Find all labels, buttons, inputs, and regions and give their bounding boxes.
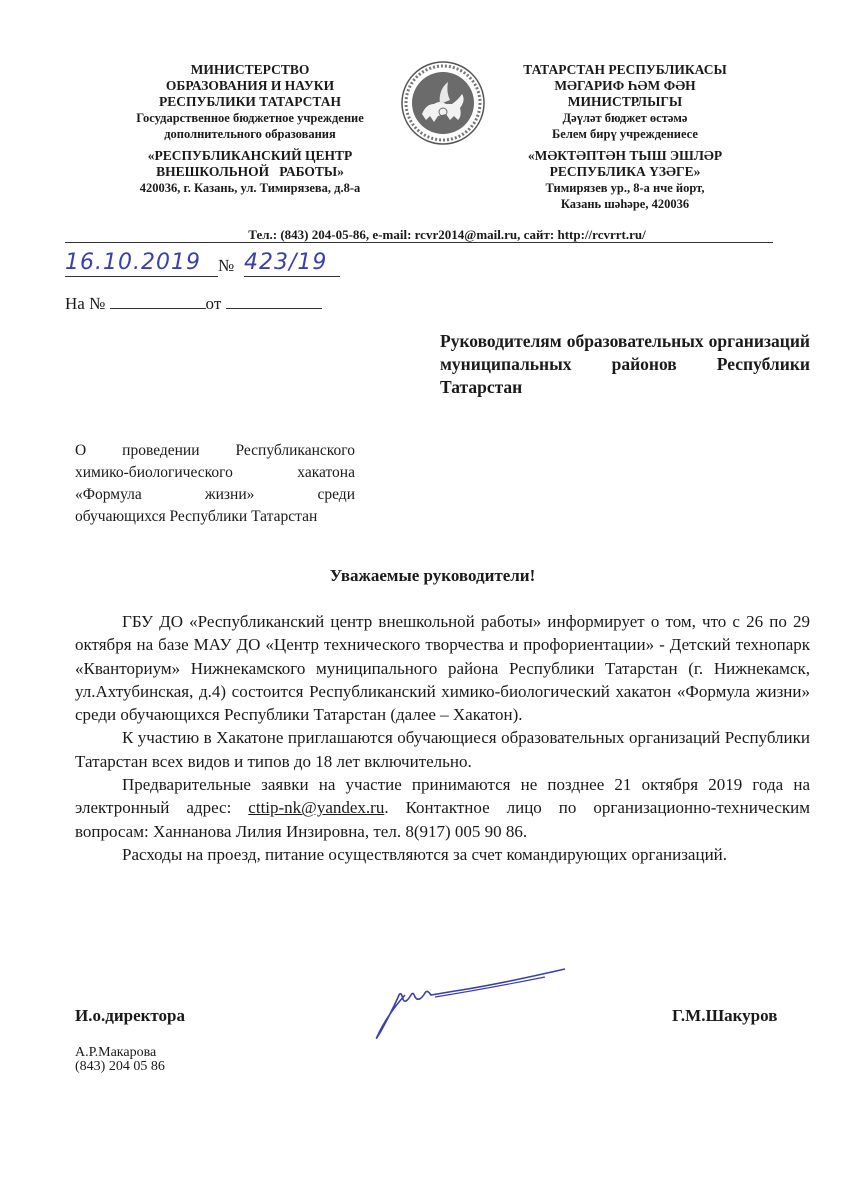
letter-body: ГБУ ДО «Республиканский центр внешкольно… [75,610,810,866]
contact-line: Тел.: (843) 204-05-86, e-mail: rcvr2014@… [65,228,773,243]
ministry-name: МИНИСТЕРСТВО ОБРАЗОВАНИЯ И НАУКИ РЕСПУБЛ… [100,62,400,110]
greeting: Уважаемые руководители! [0,566,865,586]
institution-type: Государственное бюджетное учреждение доп… [100,110,400,142]
registration-number: 423/19 [244,250,327,275]
executor-phone: (843) 204 05 86 [75,1060,165,1074]
contact-email-link[interactable]: cttip-nk@yandex.ru [248,798,384,817]
tatarstan-coat-of-arms-icon [400,60,486,146]
paragraph-applications: Предварительные заявки на участие приним… [75,773,810,843]
institution-name: «РЕСПУБЛИКАНСКИЙ ЦЕНТР ВНЕШКОЛЬНОЙ РАБОТ… [100,148,400,180]
handwritten-signature-icon [365,965,575,1040]
reference-number-blank [110,294,206,309]
paragraph-expenses: Расходы на проезд, питание осуществляютс… [75,843,810,866]
executor-info: А.Р.Макарова (843) 204 05 86 [75,1046,165,1074]
letterhead-right-tatar: ТАТАРСТАН РЕСПУБЛИКАСЫ МӘГАРИФ ҺӘМ ФӘН М… [485,62,765,212]
letter-subject: О проведении Республиканского химико-био… [75,440,355,528]
paragraph-participants: К участию в Хакатоне приглашаются обучаю… [75,726,810,773]
addressee: Руководителям образовательных организаци… [440,330,810,399]
institution-address-tatar: Тимирязев ур., 8-а нче йорт, Казань шәһә… [485,180,765,212]
letterhead-left-russian: МИНИСТЕРСТВО ОБРАЗОВАНИЯ И НАУКИ РЕСПУБЛ… [100,62,400,196]
registration-number-field: 423/19 [244,250,340,277]
signer-title: И.о.директора [75,1006,185,1026]
reference-line: На № от [65,294,322,314]
reference-date-blank [226,294,322,309]
signer-name: Г.М.Шакуров [672,1006,777,1026]
registration-date: 16.10.2019 [65,250,201,275]
number-sign: № [218,256,234,276]
institution-name-tatar: «МӘКТӘПТӘН ТЫШ ЭШЛӘР РЕСПУБЛИКА ҮЗӘГЕ» [485,148,765,180]
ministry-name-tatar: ТАТАРСТАН РЕСПУБЛИКАСЫ МӘГАРИФ ҺӘМ ФӘН М… [485,62,765,110]
paragraph-event-info: ГБУ ДО «Республиканский центр внешкольно… [75,610,810,726]
executor-name: А.Р.Макарова [75,1046,165,1060]
institution-address: 420036, г. Казань, ул. Тимирязева, д.8-а [100,180,400,196]
registration-date-field: 16.10.2019 [65,250,218,277]
institution-type-tatar: Дәүләт бюджет өстәмә Белем бирү учрежден… [485,110,765,142]
